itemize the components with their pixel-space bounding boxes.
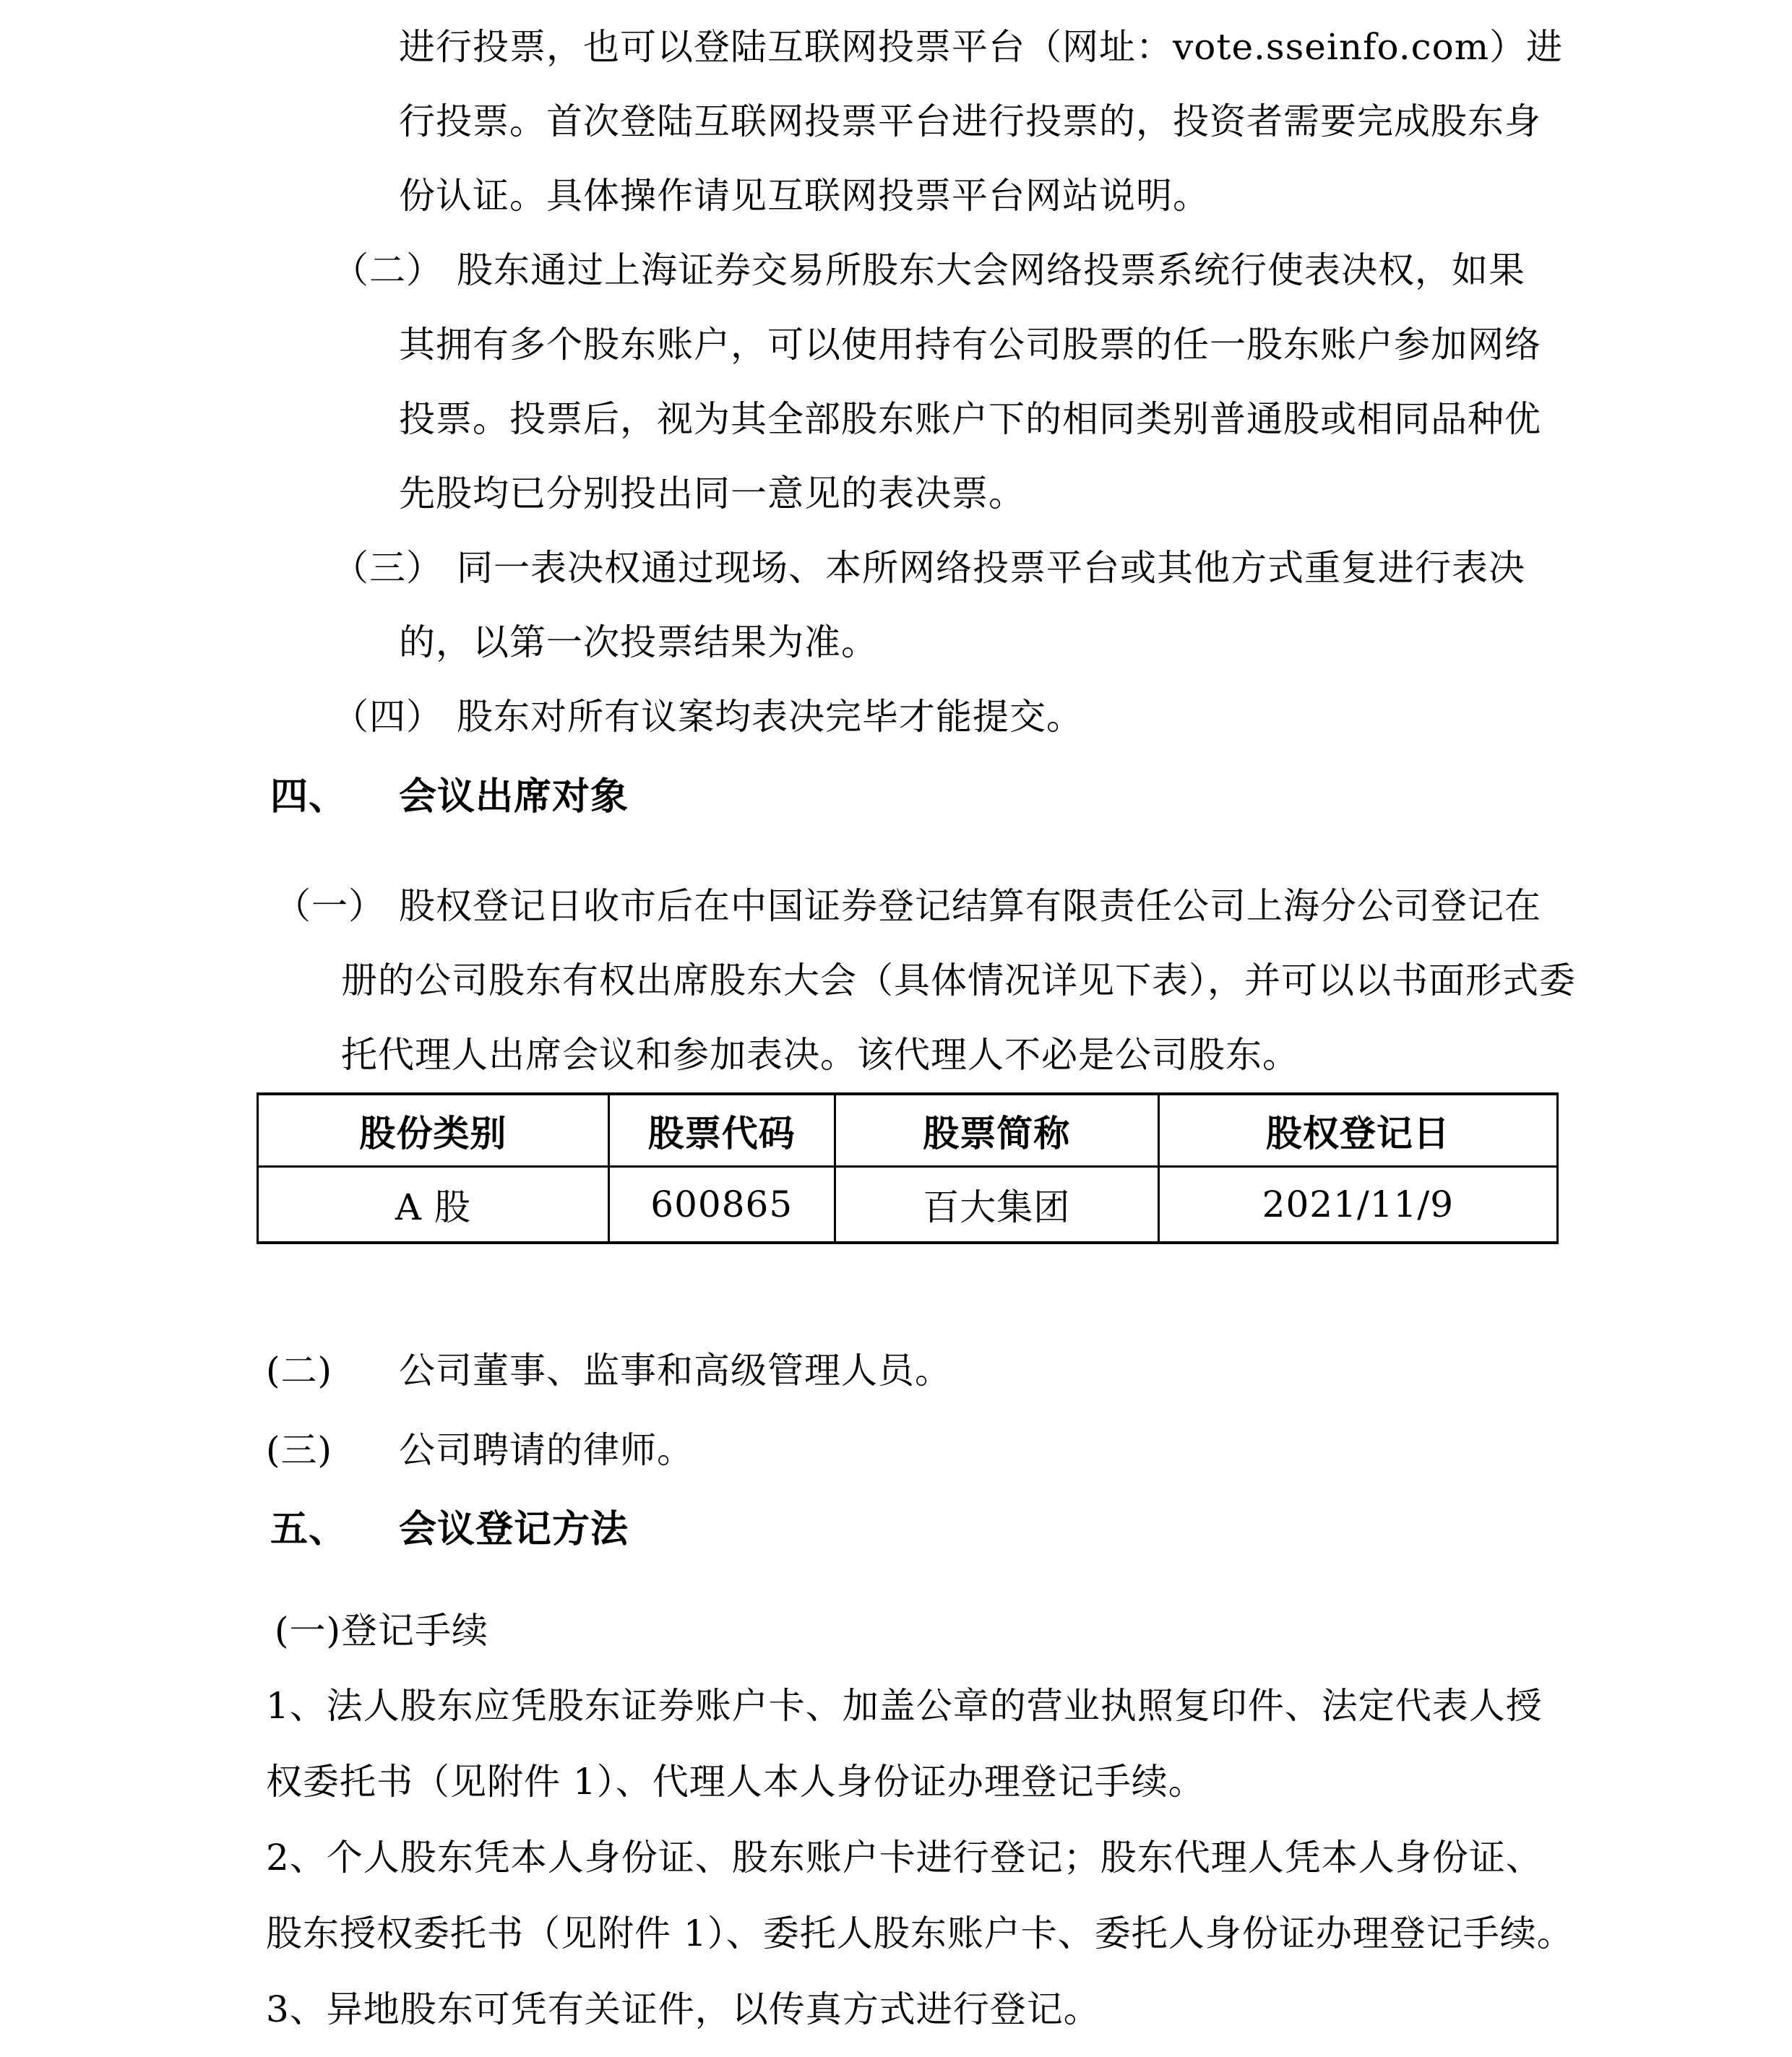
paragraph-line: 权委托书（见附件 1）、代理人本人身份证办理登记手续。 — [0, 1744, 1792, 1820]
line-text: 股权登记日收市后在中国证券登记结算有限责任公司上海分公司登记在 — [399, 885, 1541, 927]
line-text: 股东对所有议案均表决完毕才能提交。 — [457, 696, 1083, 738]
line-text: 股东通过上海证券交易所股东大会网络投票系统行使表决权，如果 — [457, 249, 1525, 291]
line-text: 进行投票，也可以登陆互联网投票平台（网址：vote.sseinfo.com）进 — [399, 26, 1563, 68]
list-marker: (二) — [266, 1331, 399, 1410]
section-number: 四、 — [270, 760, 399, 835]
line-text: 股东授权委托书（见附件 1）、委托人股东账户卡、委托人身份证办理登记手续。 — [266, 1912, 1574, 1954]
line-text: 同一表决权通过现场、本所网络投票平台或其他方式重复进行表决 — [457, 547, 1525, 589]
line-text: 份认证。具体操作请见互联网投票平台网站说明。 — [399, 175, 1210, 217]
col-header-record-date: 股权登记日 — [1158, 1094, 1557, 1167]
list-item-submit-all: （四）股东对所有议案均表决完毕才能提交。 — [0, 680, 1792, 754]
line-text: 先股均已分别投出同一意见的表决票。 — [399, 473, 1025, 514]
list-item-lawyers: (三)公司聘请的律师。 — [0, 1410, 1792, 1490]
paragraph-line: 的，以第一次投票结果为准。 — [0, 605, 1792, 680]
col-header-share-class: 股份类别 — [258, 1094, 609, 1167]
top-margin — [0, 0, 1792, 10]
line-text: 册的公司股东有权出席股东大会（具体情况详见下表），并可以以书面形式委 — [341, 959, 1576, 1001]
section-title: 会议登记方法 — [399, 1508, 629, 1551]
list-item-directors: (二)公司董事、监事和高级管理人员。 — [0, 1331, 1792, 1410]
spacer — [0, 754, 1792, 760]
paragraph-line: 其拥有多个股东账户，可以使用持有公司股票的任一股东账户参加网络 — [0, 308, 1792, 382]
col-header-stock-code: 股票代码 — [608, 1094, 835, 1167]
list-item-record-date: （一）股权登记日收市后在中国证券登记结算有限责任公司上海分公司登记在 — [0, 869, 1792, 944]
spacer — [0, 835, 1792, 869]
cell-stock-short-name: 百大集团 — [835, 1167, 1158, 1243]
line-text: 2、个人股东凭本人身份证、股东账户卡进行登记；股东代理人凭本人身份证、 — [266, 1837, 1543, 1879]
line-text: 投票。投票后，视为其全部股东账户下的相同类别普通股或相同品种优 — [399, 398, 1541, 440]
paragraph-line: 股东授权委托书（见附件 1）、委托人股东账户卡、委托人身份证办理登记手续。 — [0, 1896, 1792, 1972]
cell-stock-code: 600865 — [608, 1167, 835, 1243]
list-item-duplicate-vote: （三）同一表决权通过现场、本所网络投票平台或其他方式重复进行表决 — [0, 531, 1792, 605]
line-text: 托代理人出席会议和参加表决。该代理人不必是公司股东。 — [341, 1034, 1299, 1076]
paragraph-line: 投票。投票后，视为其全部股东账户下的相同类别普通股或相同品种优 — [0, 382, 1792, 457]
section-heading-attendees: 四、会议出席对象 — [0, 760, 1792, 835]
section-title: 会议出席对象 — [399, 775, 629, 819]
list-marker: （一） — [275, 869, 399, 944]
line-text: (一)登记手续 — [275, 1610, 488, 1652]
line-text: 1、法人股东应凭股东证券账户卡、加盖公章的营业执照复印件、法定代表人授 — [266, 1685, 1543, 1727]
paragraph-line: 先股均已分别投出同一意见的表决票。 — [0, 457, 1792, 531]
line-text: 公司董事、监事和高级管理人员。 — [399, 1350, 952, 1392]
table-row: A 股 600865 百大集团 2021/11/9 — [258, 1167, 1558, 1243]
col-header-stock-short-name: 股票简称 — [835, 1094, 1158, 1167]
paragraph-line: 份认证。具体操作请见互联网投票平台网站说明。 — [0, 159, 1792, 233]
section-number: 五、 — [270, 1490, 399, 1569]
paragraph-line: 2、个人股东凭本人身份证、股东账户卡进行登记；股东代理人凭本人身份证、 — [0, 1820, 1792, 1896]
spacer — [0, 1569, 1792, 1594]
cell-record-date: 2021/11/9 — [1158, 1167, 1557, 1243]
paragraph-line: 进行投票，也可以登陆互联网投票平台（网址：vote.sseinfo.com）进 — [0, 10, 1792, 85]
paragraph-line: 3、异地股东可凭有关证件，以传真方式进行登记。 — [0, 1972, 1792, 2048]
paragraph-line: 1、法人股东应凭股东证券账户卡、加盖公章的营业执照复印件、法定代表人授 — [0, 1668, 1792, 1744]
list-marker: （三） — [332, 531, 457, 605]
line-text: 行投票。首次登陆互联网投票平台进行投票的，投资者需要完成股东身 — [399, 100, 1541, 142]
share-register-table-wrap: 股份类别 股票代码 股票简称 股权登记日 A 股 600865 百大集团 202… — [257, 1092, 1559, 1244]
document-page: 进行投票，也可以登陆互联网投票平台（网址：vote.sseinfo.com）进 … — [0, 0, 1792, 2057]
spacer — [0, 1244, 1792, 1331]
paragraph-line: 托代理人出席会议和参加表决。该代理人不必是公司股东。 — [0, 1018, 1792, 1092]
line-text: 的，以第一次投票结果为准。 — [399, 621, 878, 663]
line-text: 3、异地股东可凭有关证件，以传真方式进行登记。 — [266, 1988, 1100, 2030]
line-text: 公司聘请的律师。 — [399, 1429, 694, 1471]
list-marker: （四） — [332, 680, 457, 754]
list-item-voting-accounts: （二）股东通过上海证券交易所股东大会网络投票系统行使表决权，如果 — [0, 233, 1792, 308]
subheading-registration-procedure: (一)登记手续 — [0, 1594, 1792, 1668]
line-text: 其拥有多个股东账户，可以使用持有公司股票的任一股东账户参加网络 — [399, 324, 1541, 366]
share-register-table: 股份类别 股票代码 股票简称 股权登记日 A 股 600865 百大集团 202… — [257, 1092, 1559, 1244]
list-marker: (三) — [266, 1410, 399, 1490]
cell-share-class: A 股 — [258, 1167, 609, 1243]
table-header-row: 股份类别 股票代码 股票简称 股权登记日 — [258, 1094, 1558, 1167]
line-text: 权委托书（见附件 1）、代理人本人身份证办理登记手续。 — [266, 1761, 1205, 1803]
list-marker: （二） — [332, 233, 457, 308]
paragraph-line: 册的公司股东有权出席股东大会（具体情况详见下表），并可以以书面形式委 — [0, 944, 1792, 1018]
section-heading-registration: 五、会议登记方法 — [0, 1490, 1792, 1569]
paragraph-line: 行投票。首次登陆互联网投票平台进行投票的，投资者需要完成股东身 — [0, 85, 1792, 159]
